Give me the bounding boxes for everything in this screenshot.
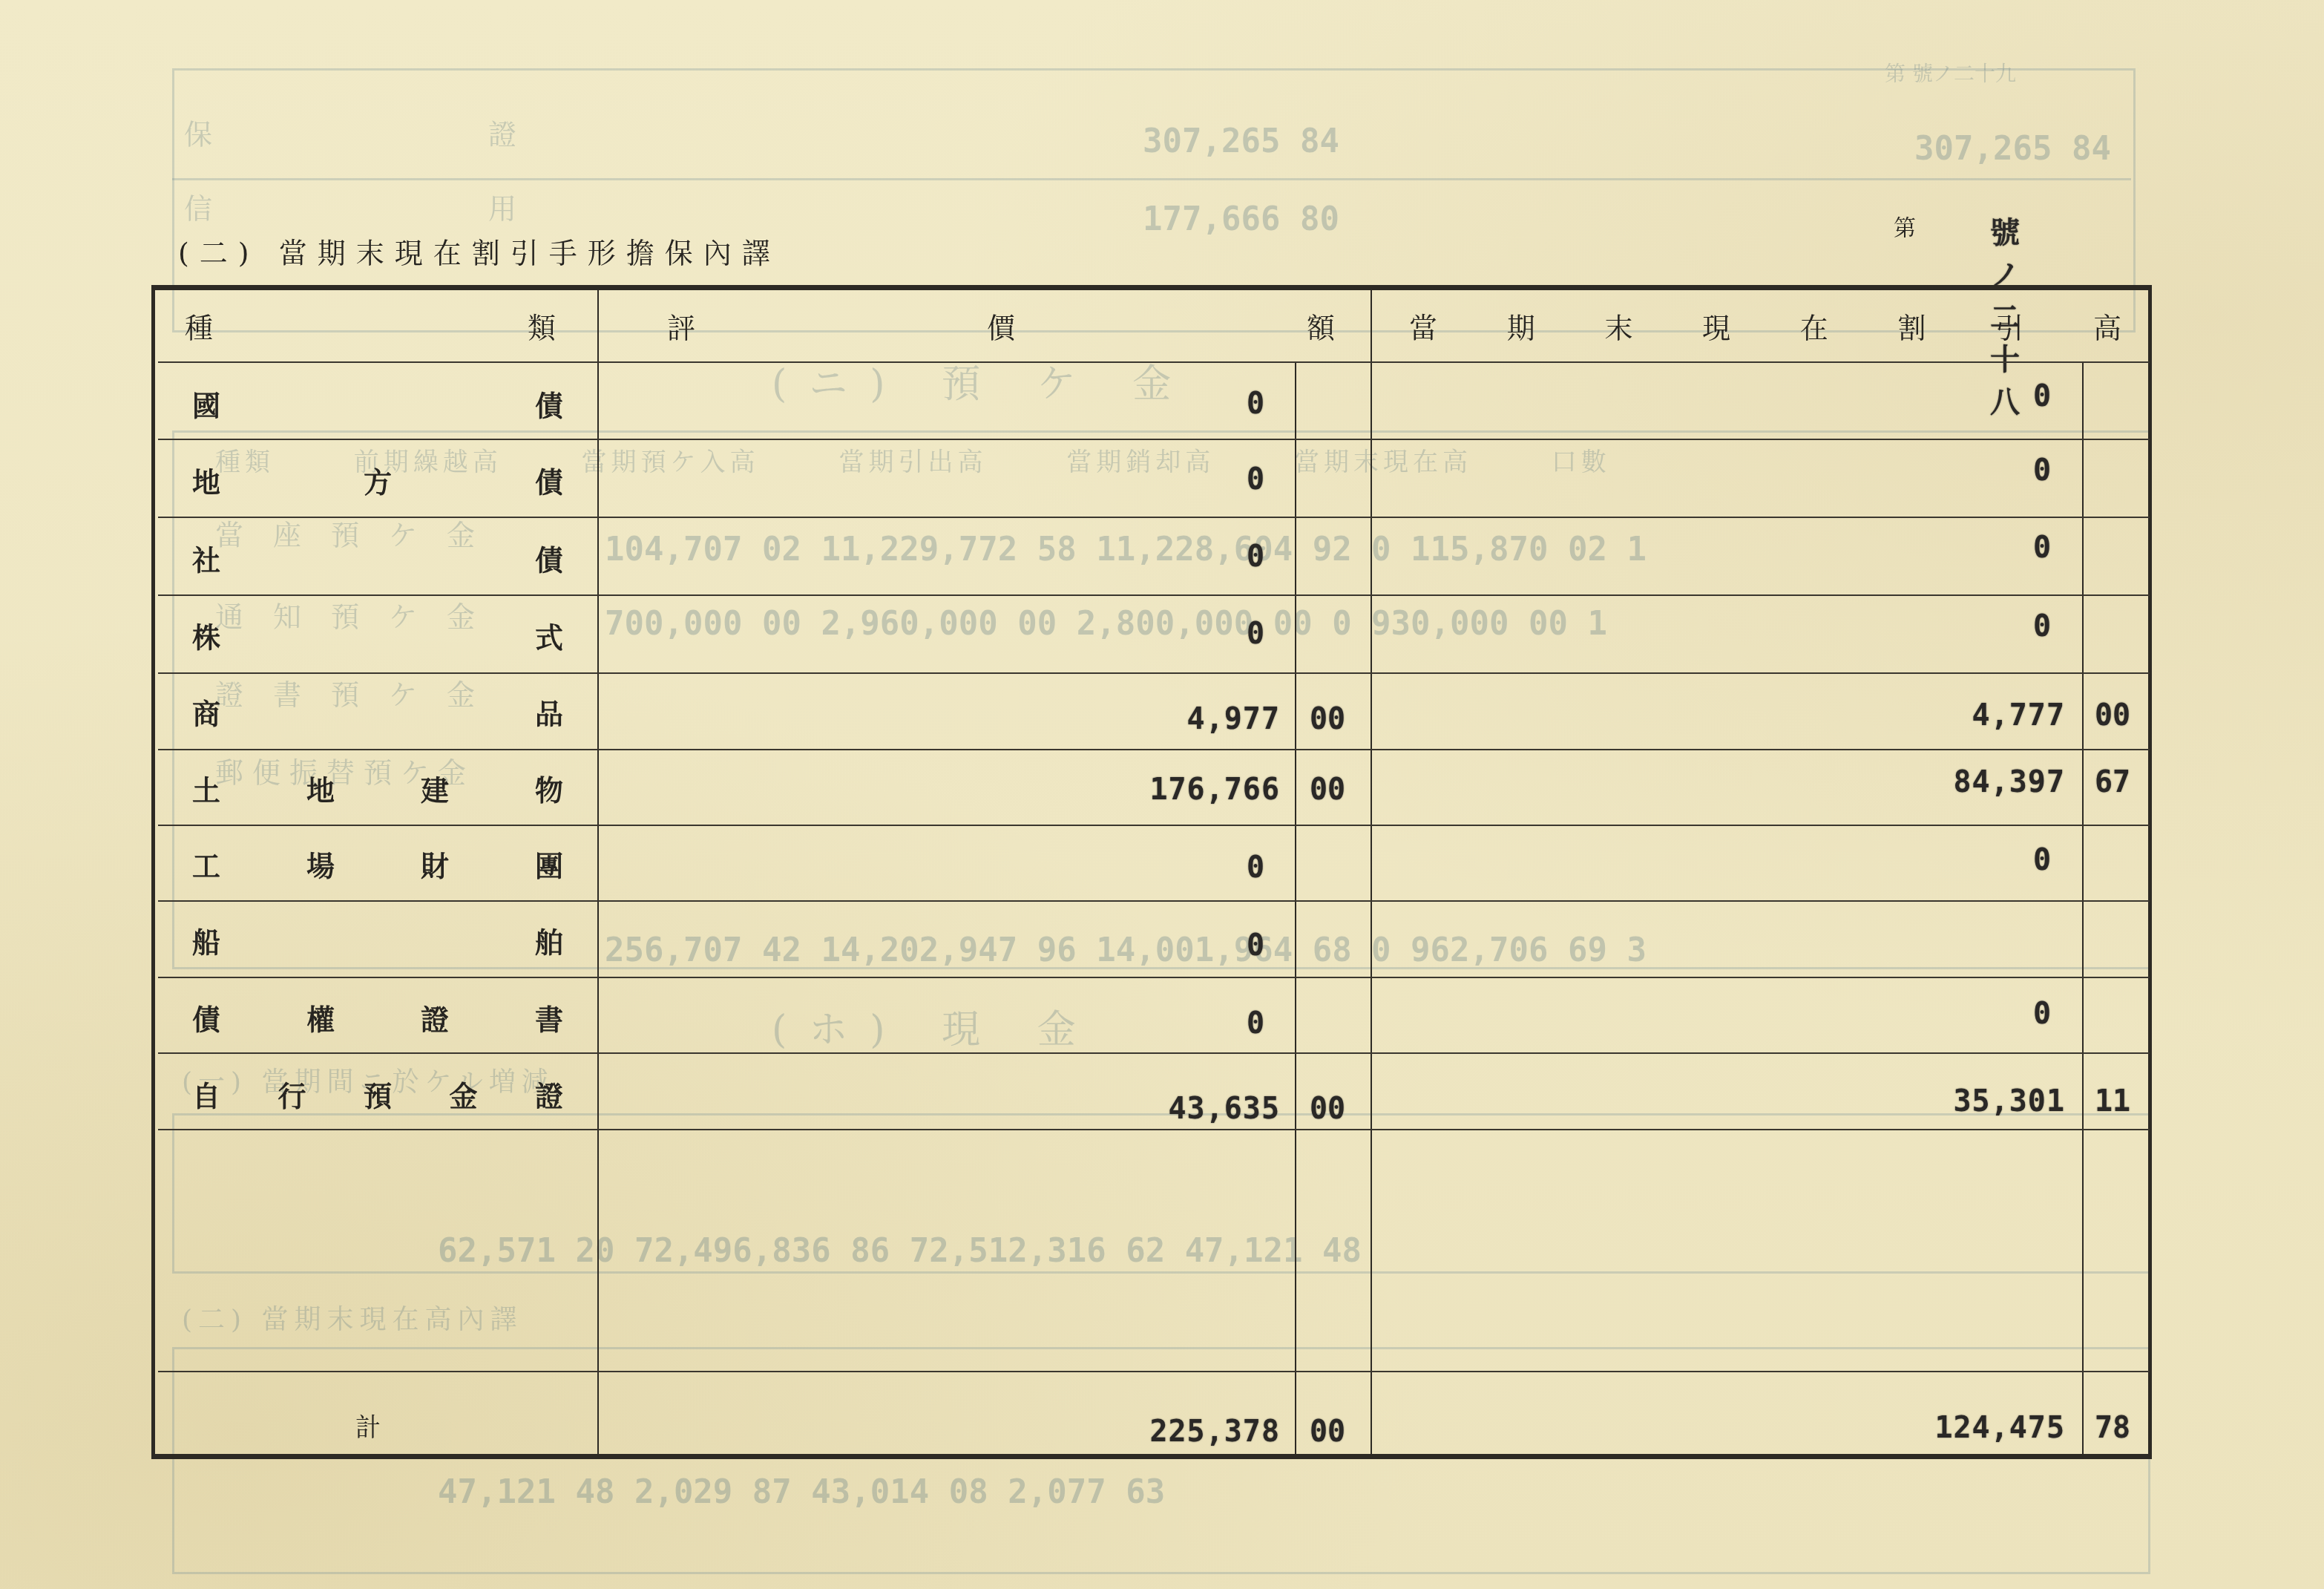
sen-divider bbox=[2082, 361, 2084, 1454]
label-char: 財 bbox=[421, 843, 449, 884]
label-char: 證 bbox=[421, 997, 449, 1038]
row-label-own-bank-deposit-cert: 自 行 預 金 證 bbox=[192, 1073, 563, 1114]
row-divider bbox=[158, 900, 2150, 902]
row-label-ships: 船 舶 bbox=[192, 920, 563, 960]
row-label-debt-certificates: 債 權 證 書 bbox=[192, 997, 563, 1038]
header-discount: 當 期 末 現 在 割 引 高 bbox=[1409, 305, 2121, 346]
label-char: 舶 bbox=[535, 920, 563, 960]
label-char: 建 bbox=[421, 767, 449, 808]
row-label-corporate-bonds: 社 債 bbox=[192, 537, 563, 578]
ghost-number: 307,265 84 bbox=[1143, 122, 1339, 160]
total-discount-sen: 78 bbox=[2095, 1411, 2130, 1445]
ghost-line bbox=[172, 178, 2131, 180]
discount-yen: 0 bbox=[2033, 453, 2052, 488]
header-char: 種 bbox=[185, 305, 213, 346]
discount-yen: 0 bbox=[2033, 609, 2052, 643]
discount-yen: 0 bbox=[2033, 531, 2052, 565]
label-char: 物 bbox=[535, 767, 563, 808]
label-char: 商 bbox=[192, 691, 220, 732]
total-label: 計 bbox=[355, 1407, 381, 1444]
valuation-yen: 0 bbox=[1247, 928, 1265, 963]
discount-yen: 4,777 bbox=[1972, 698, 2065, 733]
ghost-number: 307,265 84 bbox=[1914, 130, 2111, 168]
valuation-sen: 00 bbox=[1310, 773, 1345, 807]
label-char: 債 bbox=[535, 459, 563, 500]
header-char: 割 bbox=[1898, 305, 1926, 346]
column-divider bbox=[597, 290, 599, 1454]
valuation-sen: 00 bbox=[1310, 702, 1345, 736]
label-char: 行 bbox=[278, 1073, 306, 1114]
header-kind: 種 類 bbox=[185, 305, 556, 346]
label-char: 證 bbox=[535, 1073, 563, 1114]
label-char: 團 bbox=[535, 843, 563, 884]
label-char: 工 bbox=[192, 843, 220, 884]
label-char: 債 bbox=[535, 383, 563, 424]
header-char: 評 bbox=[667, 305, 695, 346]
row-label-factory-foundation: 工 場 財 團 bbox=[192, 843, 563, 884]
section-title: (二) 當期末現在割引手形擔保內譯 bbox=[178, 230, 781, 271]
label-char: 地 bbox=[192, 459, 220, 500]
header-char: 在 bbox=[1800, 305, 1828, 346]
valuation-yen: 0 bbox=[1247, 387, 1265, 421]
collateral-breakdown-table: 種 類 評 價 額 當 期 末 現 在 割 引 高 國 債 0 0 地 方 債 … bbox=[151, 285, 2152, 1459]
header-char: 額 bbox=[1307, 305, 1335, 346]
label-char: 社 bbox=[192, 537, 220, 578]
header-char: 類 bbox=[528, 305, 556, 346]
valuation-yen: 0 bbox=[1247, 540, 1265, 574]
row-divider bbox=[158, 361, 2150, 363]
label-char: 地 bbox=[306, 767, 335, 808]
valuation-yen: 0 bbox=[1247, 851, 1265, 885]
row-divider bbox=[158, 825, 2150, 826]
label-char: 土 bbox=[192, 767, 220, 808]
label-char: 權 bbox=[306, 997, 335, 1038]
sen-divider bbox=[1295, 361, 1296, 1454]
row-divider bbox=[158, 672, 2150, 674]
header-char: 價 bbox=[987, 305, 1015, 346]
discount-yen: 35,301 bbox=[1954, 1084, 2066, 1118]
label-char: 債 bbox=[192, 997, 220, 1038]
column-divider bbox=[1371, 290, 1372, 1454]
row-divider bbox=[158, 517, 2150, 518]
row-label-merchandise: 商 品 bbox=[192, 691, 563, 732]
ghost-number: 47,121 48 2,029 87 43,014 08 2,077 63 bbox=[438, 1473, 1165, 1511]
discount-yen: 0 bbox=[2033, 843, 2052, 877]
label-char: 自 bbox=[192, 1073, 220, 1114]
valuation-yen: 0 bbox=[1247, 617, 1265, 651]
ghost-text: 第 號ノ二十九 bbox=[1885, 58, 2016, 88]
label-char: 方 bbox=[364, 459, 392, 500]
row-divider bbox=[158, 1129, 2150, 1130]
valuation-yen: 0 bbox=[1247, 462, 1265, 497]
header-char: 當 bbox=[1409, 305, 1437, 346]
row-divider bbox=[158, 749, 2150, 750]
row-divider bbox=[158, 439, 2150, 440]
label-char: 式 bbox=[535, 615, 563, 655]
header-char: 末 bbox=[1604, 305, 1632, 346]
header-char: 現 bbox=[1702, 305, 1730, 346]
valuation-sen: 00 bbox=[1310, 1092, 1345, 1126]
discount-sen: 67 bbox=[2095, 765, 2130, 799]
page-number: 第號ノ二十八 bbox=[1894, 209, 1917, 242]
label-char: 書 bbox=[535, 997, 563, 1038]
label-char: 船 bbox=[192, 920, 220, 960]
row-label-local-bonds: 地 方 債 bbox=[192, 459, 563, 500]
ghost-number: 177,666 80 bbox=[1143, 200, 1339, 238]
total-discount-yen: 124,475 bbox=[1934, 1411, 2065, 1445]
label-char: 場 bbox=[306, 843, 335, 884]
label-char: 株 bbox=[192, 615, 220, 655]
label-char: 國 bbox=[192, 383, 220, 424]
discount-yen: 84,397 bbox=[1954, 765, 2066, 799]
discount-sen: 11 bbox=[2095, 1084, 2130, 1118]
row-divider bbox=[158, 1052, 2150, 1054]
row-divider bbox=[158, 977, 2150, 978]
header-valuation: 評 價 額 bbox=[667, 305, 1335, 346]
valuation-yen: 176,766 bbox=[1149, 773, 1280, 807]
header-char: 引 bbox=[1995, 305, 2023, 346]
valuation-yen: 0 bbox=[1247, 1006, 1265, 1041]
row-label-national-bonds: 國 債 bbox=[192, 383, 563, 424]
header-char: 期 bbox=[1507, 305, 1535, 346]
row-divider bbox=[158, 594, 2150, 596]
discount-yen: 0 bbox=[2033, 379, 2052, 413]
row-label-land-buildings: 土 地 建 物 bbox=[192, 767, 563, 808]
total-valuation-sen: 00 bbox=[1310, 1415, 1345, 1449]
total-valuation-yen: 225,378 bbox=[1149, 1415, 1280, 1449]
discount-sen: 00 bbox=[2095, 698, 2130, 733]
row-label-stocks: 株 式 bbox=[192, 615, 563, 655]
valuation-yen: 43,635 bbox=[1169, 1092, 1281, 1126]
ghost-text: 保 證 bbox=[184, 111, 650, 152]
label-char: 預 bbox=[364, 1073, 392, 1114]
row-divider bbox=[158, 1371, 2150, 1372]
label-char: 債 bbox=[535, 537, 563, 578]
valuation-yen: 4,977 bbox=[1187, 702, 1280, 736]
discount-yen: 0 bbox=[2033, 997, 2052, 1031]
header-char: 高 bbox=[2093, 305, 2121, 346]
label-char: 品 bbox=[535, 691, 563, 732]
ghost-text: 信 用 bbox=[184, 186, 650, 226]
label-char: 金 bbox=[449, 1073, 477, 1114]
page-number-prefix: 第 bbox=[1894, 215, 1917, 241]
